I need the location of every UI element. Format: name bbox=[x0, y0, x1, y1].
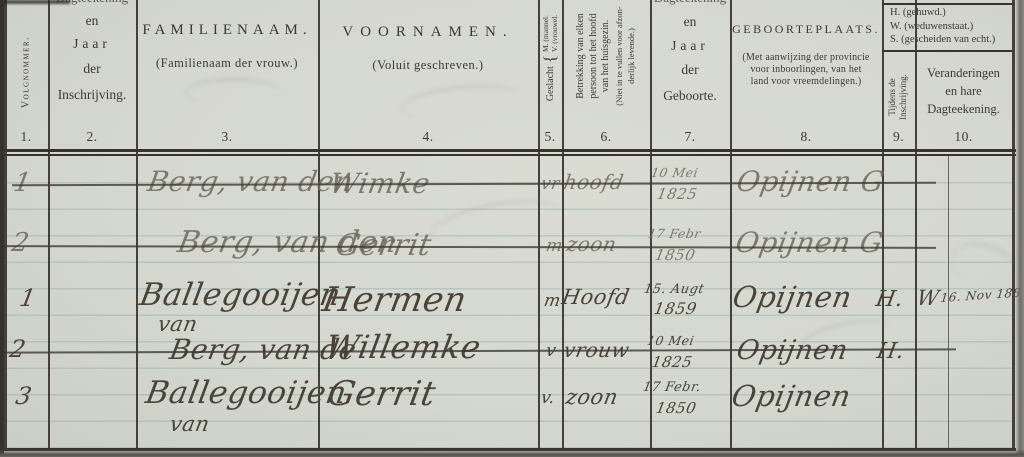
geboorteplaats-note-1: (Met aanwijzing der provincie bbox=[730, 52, 882, 64]
column-title-familienaam: FAMILIENAAM. bbox=[136, 22, 318, 39]
grid-vline bbox=[730, 0, 732, 449]
entry-4-status-at-inscription: H. bbox=[875, 341, 906, 363]
entry-3-birth-year: 1859 bbox=[653, 301, 699, 317]
scan-edge-right bbox=[1015, 0, 1024, 457]
entry-5-family-prefix: van bbox=[168, 414, 211, 435]
veranderingen-line3: Dagteekening. bbox=[915, 102, 1012, 116]
column-title-geboorteplaats: GEBOORTEPLAATS. bbox=[730, 23, 882, 37]
column-number-4: 4. bbox=[318, 129, 538, 145]
column-number-3: 3. bbox=[136, 129, 318, 145]
key-gescheiden: S. (gescheiden van echt.) bbox=[890, 33, 995, 47]
entry-4-given-name: Willemke bbox=[323, 331, 483, 363]
entry-2-birth-day: 17 Febr bbox=[647, 228, 702, 241]
column2-line-jaar: Jaar bbox=[48, 36, 136, 52]
column-number-7: 7. bbox=[650, 129, 730, 145]
column2-line-en: en bbox=[48, 13, 136, 29]
grid-hline bbox=[882, 3, 1014, 5]
entry-5-birth-year: 1850 bbox=[655, 401, 698, 416]
entry-5-given-name: Gerrit bbox=[325, 377, 438, 411]
column7-line-der: der bbox=[650, 62, 730, 78]
column-number-2: 2. bbox=[48, 129, 136, 145]
grid-vline bbox=[48, 0, 50, 449]
entry-1-birth-year: 1825 bbox=[656, 187, 699, 202]
entry-3-relation: Hoofd bbox=[560, 287, 631, 308]
entry-3-change-mark: W bbox=[915, 288, 941, 309]
scan-edge-bottom bbox=[0, 449, 1024, 457]
column2-line-inschrijving: Inschrijving. bbox=[48, 87, 136, 103]
column-number-8: 8. bbox=[730, 129, 882, 145]
key-gehuwd: H. (gehuwd.) bbox=[890, 6, 995, 20]
column7-line-jaar: Jaar bbox=[650, 38, 730, 54]
column7-line-geboorte: Geboorte. bbox=[650, 88, 730, 104]
entry-1-birth-day: 10 Mei bbox=[650, 167, 699, 180]
geslacht-option-v: V. (vrouwel. bbox=[550, 15, 559, 52]
grid-vline bbox=[562, 0, 564, 449]
entry-2-relation: zoon bbox=[565, 234, 618, 254]
betrekking-line3: van het huisgezin. bbox=[600, 0, 613, 130]
grid-vline bbox=[136, 0, 138, 449]
entry-3-birthplace: Opijnen bbox=[730, 283, 854, 312]
bleedthrough-smudge bbox=[185, 78, 282, 107]
geslacht-label: Geslacht bbox=[545, 66, 556, 101]
grid-vline bbox=[4, 0, 7, 449]
column-subtitle-voornamen: (Voluit geschreven.) bbox=[318, 58, 538, 72]
column-title-betrekking: Betrekking van elken persoon tot het hoo… bbox=[575, 0, 638, 130]
grid-vline bbox=[915, 0, 917, 449]
column-number-10: 10. bbox=[915, 129, 1012, 145]
veranderingen-line1: Veranderingen bbox=[915, 66, 1012, 80]
column-number-6: 6. bbox=[562, 129, 650, 145]
civil-status-key: H. (gehuwd.) W. (weduwenstaat.) S. (gesc… bbox=[890, 6, 995, 47]
register-sheet: Volgnommer. Dagteekening en Jaar der Ins… bbox=[0, 0, 1024, 457]
bleedthrough-smudge bbox=[399, 80, 524, 126]
column-number-1: 1. bbox=[4, 129, 48, 145]
entry-5-birth-day: 17 Febr. bbox=[642, 381, 702, 394]
entry-4-birth-year: 1825 bbox=[651, 355, 694, 370]
geboorteplaats-note-3: land voor vreemdelingen.) bbox=[730, 76, 882, 88]
veranderingen-line2: en hare bbox=[915, 84, 1012, 98]
betrekking-line1: Betrekking van elken bbox=[575, 0, 588, 130]
entry-5-sex: v. bbox=[540, 390, 557, 407]
grid-hline bbox=[882, 50, 1013, 52]
column7-clipped-word: Dagteekening bbox=[650, 0, 730, 6]
entry-3-family-prefix: van bbox=[156, 314, 199, 335]
betrekking-line2: persoon tot het hoofd bbox=[587, 0, 600, 130]
entry-3-family-name: Ballegooijen bbox=[137, 280, 343, 311]
column-number-9: 9. bbox=[882, 129, 915, 145]
column-title-tijdens-inschrijving: Tijdens de Inschrijving. bbox=[887, 68, 909, 126]
column-title-geslacht: Geslacht { M. (mannel. V. (vrouwel. bbox=[540, 0, 560, 121]
entry-3-status-at-inscription: H. bbox=[874, 289, 905, 311]
betrekking-line5: derlijk levende.) bbox=[625, 0, 638, 130]
scan-edge-top bbox=[0, 0, 70, 4]
betrekking-line4: (Niet in te vullen voor afzon- bbox=[612, 0, 625, 130]
entry-5-birthplace: Opijnen bbox=[729, 382, 853, 411]
entry-5-relation: zoon bbox=[564, 387, 620, 408]
geboorteplaats-note-2: voor inboorlingen, van het bbox=[730, 64, 882, 76]
entry-4-birth-day: 10 Mei bbox=[646, 335, 695, 348]
entry-3-birth-day: 15. Augt bbox=[643, 283, 705, 296]
key-weduwenstaat: W. (weduwenstaat.) bbox=[890, 20, 995, 34]
header-rule-top bbox=[0, 149, 1016, 152]
column7-line-en: en bbox=[650, 14, 730, 30]
column-subtitle-familienaam: (Familienaam der vrouw.) bbox=[136, 56, 318, 70]
column-title-volgnommer: Volgnommer. bbox=[21, 36, 32, 108]
scan-edge-left bbox=[0, 0, 4, 457]
entry-3-given-name: Hermen bbox=[320, 283, 469, 317]
entry-2-birth-year: 1850 bbox=[654, 248, 697, 263]
tijdens-line1: Tijdens de bbox=[887, 68, 898, 126]
column2-line-der: der bbox=[48, 61, 136, 77]
tijdens-line2: Inschrijving. bbox=[898, 68, 909, 126]
column-number-5: 5. bbox=[538, 129, 562, 145]
entry-1-family-name: Berg, van den bbox=[146, 168, 356, 196]
geslacht-option-m: M. (mannel. bbox=[541, 15, 550, 52]
entry-5-family-name: Ballegooijen bbox=[143, 378, 349, 409]
header-rule-bottom bbox=[0, 154, 1016, 156]
column-title-voornamen: VOORNAMEN. bbox=[318, 24, 538, 41]
geslacht-brace: { bbox=[540, 55, 560, 63]
entry-2-birthplace: Opijnen G bbox=[734, 229, 886, 257]
grid-vline bbox=[882, 0, 884, 449]
